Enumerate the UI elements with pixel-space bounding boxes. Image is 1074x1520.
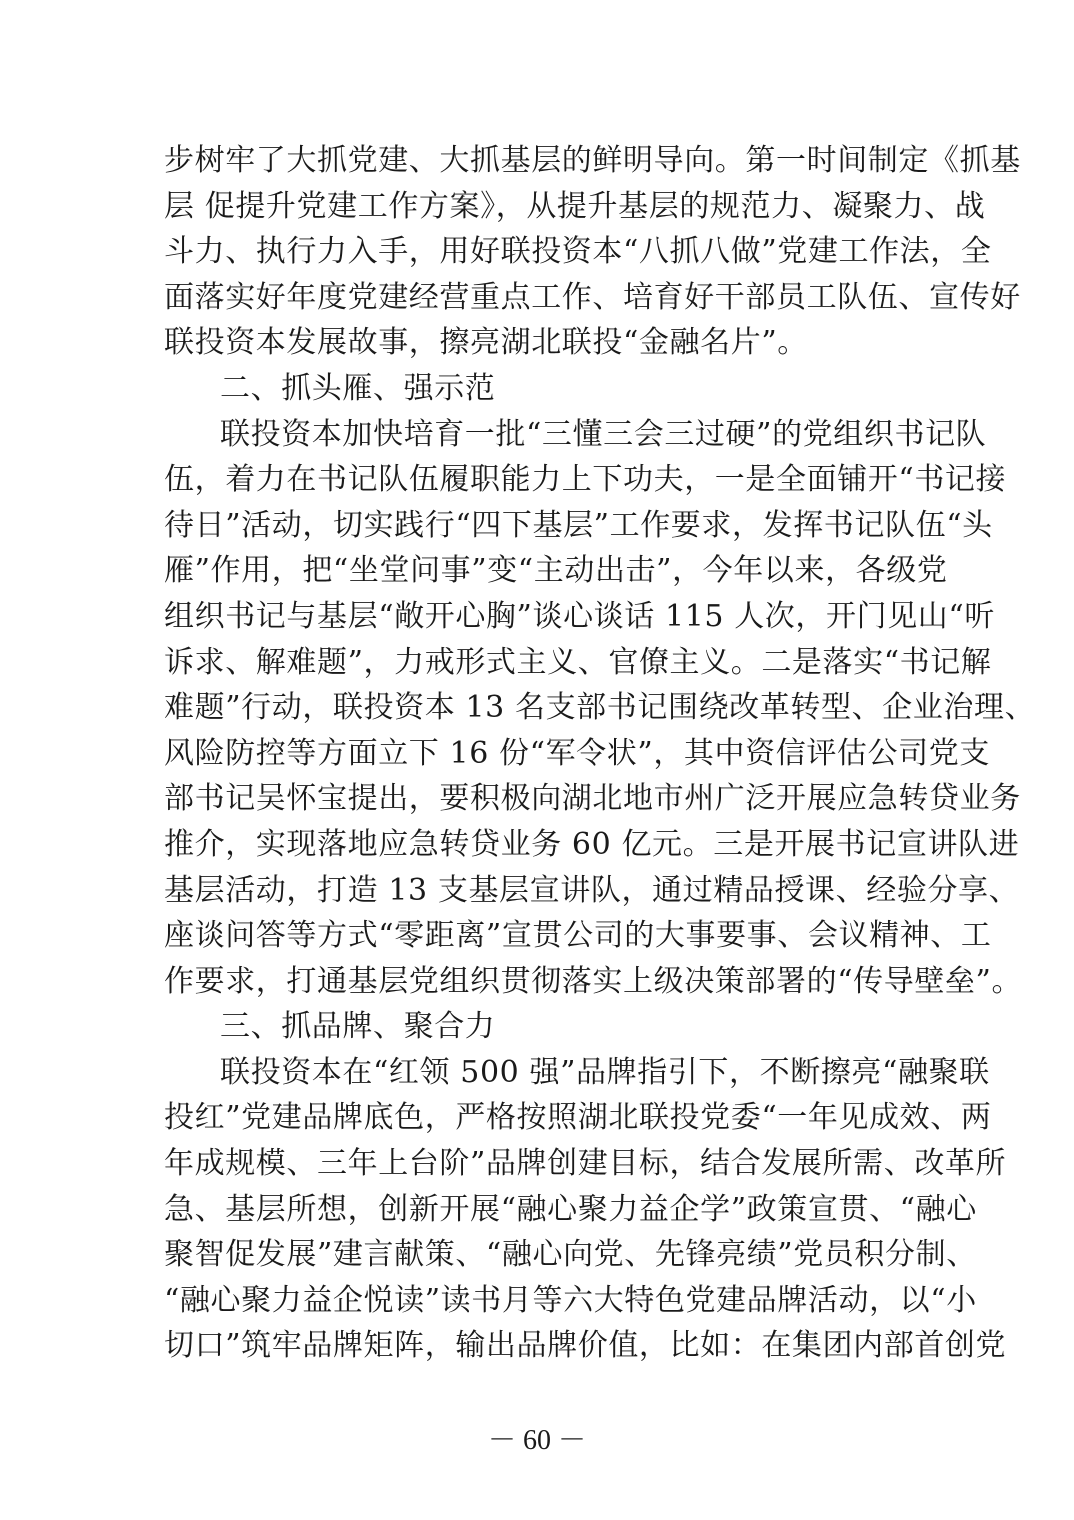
text-line: 待日”活动，切实践行“四下基层”工作要求，发挥书记队伍“头 [164,503,912,549]
text-line: 风险防控等方面立下 16 份“军令状”，其中资信评估公司党支 [164,731,912,777]
section-heading: 二、抓头雁、强示范 [164,366,912,412]
text-line: 联投资本发展故事，擦亮湖北联投“金融名片”。 [164,320,912,366]
text-line: 年成规模、三年上台阶”品牌创建目标，结合发展所需、改革所 [164,1141,912,1187]
text-line: 聚智促发展”建言献策、“融心向党、先锋亮绩”党员积分制、 [164,1232,912,1278]
text-line: 组织书记与基层“敞开心胸”谈心谈话 115 人次，开门见山“听 [164,594,912,640]
text-line: 伍，着力在书记队伍履职能力上下功夫，一是全面铺开“书记接 [164,457,912,503]
text-line: 诉求、解难题”，力戒形式主义、官僚主义。二是落实“书记解 [164,640,912,686]
text-line: 联投资本在“红领 500 强”品牌指引下，不断擦亮“融聚联 [164,1050,912,1096]
text-line: 面落实好年度党建经营重点工作、培育好干部员工队伍、宣传好 [164,275,912,321]
text-line: 斗力、执行力入手，用好联投资本“八抓八做”党建工作法，全 [164,229,912,275]
document-body: 步树牢了大抓党建、大抓基层的鲜明导向。第一时间制定《抓基层 促提升党建工作方案》… [164,138,912,1369]
page-number: － 60 － [0,1418,1074,1458]
text-line: 座谈问答等方式“零距离”宣贯公司的大事要事、会议精神、工 [164,913,912,959]
text-line: 雁”作用，把“坐堂问事”变“主动出击”，今年以来，各级党 [164,548,912,594]
text-line: 切口”筑牢品牌矩阵，输出品牌价值，比如：在集团内部首创党 [164,1323,912,1369]
text-line: 层 促提升党建工作方案》，从提升基层的规范力、凝聚力、战 [164,184,912,230]
text-line: 部书记吴怀宝提出，要积极向湖北地市州广泛开展应急转贷业务 [164,776,912,822]
text-line: 基层活动，打造 13 支基层宣讲队，通过精品授课、经验分享、 [164,868,912,914]
text-line: 投红”党建品牌底色，严格按照湖北联投党委“一年见成效、两 [164,1095,912,1141]
text-line: 推介，实现落地应急转贷业务 60 亿元。三是开展书记宣讲队进 [164,822,912,868]
section-heading: 三、抓品牌、聚合力 [164,1004,912,1050]
text-line: 联投资本加快培育一批“三懂三会三过硬”的党组织书记队 [164,412,912,458]
text-line: 难题”行动，联投资本 13 名支部书记围绕改革转型、企业治理、 [164,685,912,731]
text-line: 作要求，打通基层党组织贯彻落实上级决策部署的“传导壁垒”。 [164,959,912,1005]
text-line: “融心聚力益企悦读”读书月等六大特色党建品牌活动，以“小 [164,1278,912,1324]
text-line: 步树牢了大抓党建、大抓基层的鲜明导向。第一时间制定《抓基 [164,138,912,184]
text-line: 急、基层所想，创新开展“融心聚力益企学”政策宣贯、“融心 [164,1187,912,1233]
